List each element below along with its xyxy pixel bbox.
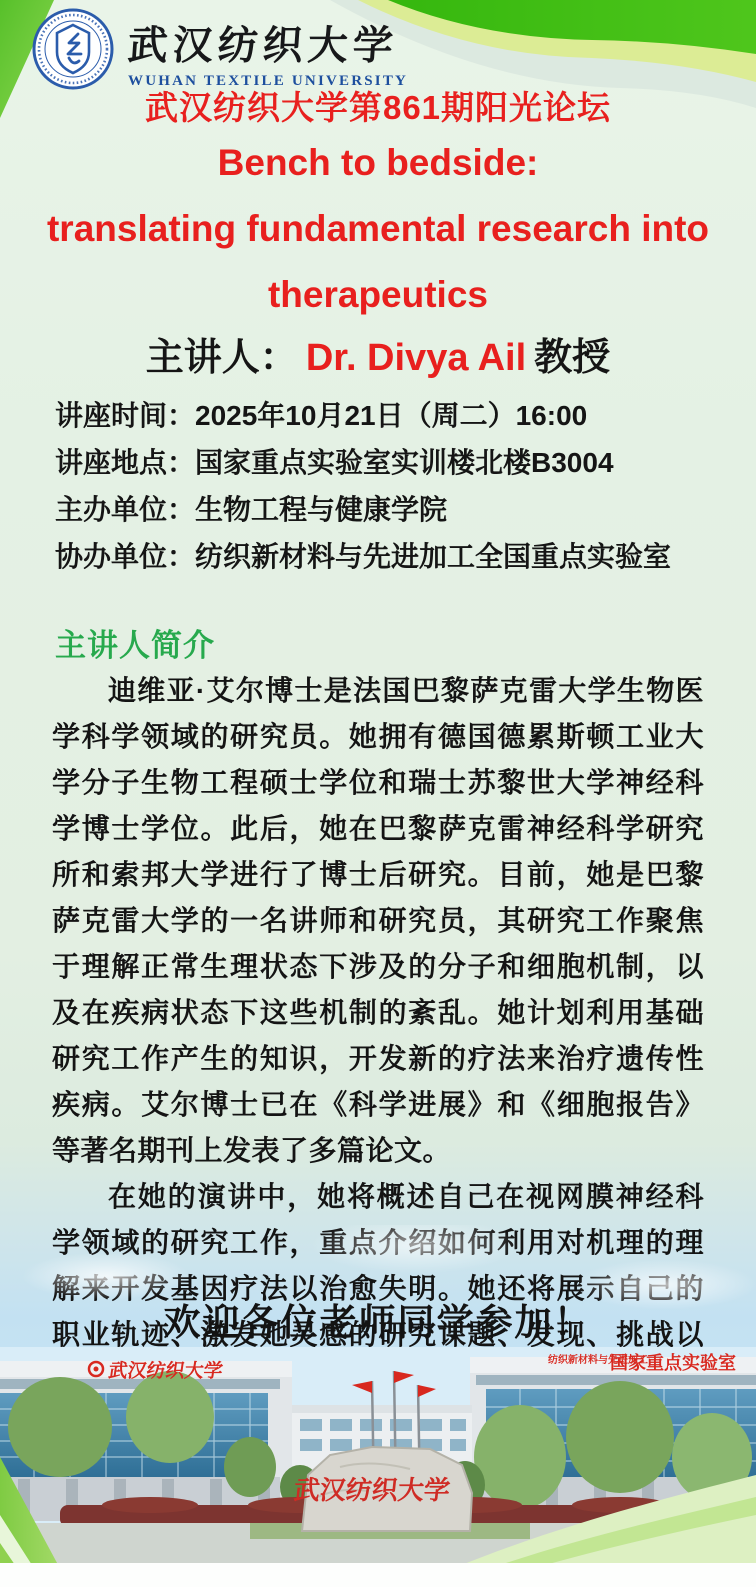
speaker-label: 主讲人： (146, 337, 298, 379)
detail-location-value: 国家重点实验室实训楼北楼B3004 (195, 447, 614, 478)
detail-time-value: 2025年10月21日（周二）16:00 (195, 400, 587, 431)
left-roof-sign: 武汉纺织大学 (89, 1359, 224, 1382)
detail-cohost: 协办单位：纺织新材料与先进加工全国重点实验室 (55, 533, 716, 580)
welcome-message: 欢迎各位老师同学参加！ (0, 1292, 756, 1346)
detail-host-label: 主办单位： (55, 494, 195, 525)
forum-series-title: 武汉纺织大学第861期阳光论坛 (0, 82, 756, 129)
detail-time: 讲座时间：2025年10月21日（周二）16:00 (55, 392, 716, 439)
talk-title-line2: translating fundamental research into (0, 196, 756, 262)
lecture-details: 讲座时间：2025年10月21日（周二）16:00 讲座地点：国家重点实验室实训… (55, 392, 716, 580)
bio-heading: 主讲人简介 (55, 620, 215, 665)
talk-title-line3: therapeutics (0, 262, 756, 328)
bio-paragraph-1: 迪维亚·艾尔博士是法国巴黎萨克雷大学生物医学科学领域的研究员。她拥有德国德累斯顿… (52, 668, 704, 1174)
right-roof-sign-large-text: 国家重点实验室 (610, 1352, 736, 1373)
bottom-white-strip (0, 1563, 756, 1587)
speaker-name: Dr. Divya Ail (298, 337, 534, 379)
detail-location: 讲座地点：国家重点实验室实训楼北楼B3004 (55, 439, 716, 486)
detail-host-value: 生物工程与健康学院 (195, 494, 447, 525)
lecture-poster: 武汉纺织大学 WUHAN TEXTILE UNIVERSITY 武汉纺织大学第8… (0, 0, 756, 1587)
stone-calligraphy-text: 武汉纺织大学 (292, 1475, 451, 1505)
university-name-block: 武汉纺织大学 WUHAN TEXTILE UNIVERSITY (128, 8, 408, 90)
campus-photo: 武汉纺织大学 武汉纺织大学 纺织新材料与先进加工 国家重点实验室 (0, 1347, 756, 1587)
talk-title-line1: Bench to bedside: (0, 130, 756, 196)
detail-host: 主办单位：生物工程与健康学院 (55, 486, 716, 533)
speaker-title-suffix: 教授 (534, 337, 610, 379)
detail-location-label: 讲座地点： (55, 447, 195, 478)
speaker-line: 主讲人：Dr. Divya Ail教授 (0, 326, 756, 381)
university-header: 武汉纺织大学 WUHAN TEXTILE UNIVERSITY (32, 8, 408, 90)
detail-time-label: 讲座时间： (55, 400, 195, 431)
university-seal-icon (32, 8, 114, 90)
detail-cohost-value: 纺织新材料与先进加工全国重点实验室 (195, 541, 671, 572)
left-roof-sign-text: 武汉纺织大学 (107, 1359, 224, 1382)
talk-title: Bench to bedside: translating fundamenta… (0, 130, 756, 328)
detail-cohost-label: 协办单位： (55, 541, 195, 572)
university-name-cn: 武汉纺织大学 (126, 14, 410, 71)
